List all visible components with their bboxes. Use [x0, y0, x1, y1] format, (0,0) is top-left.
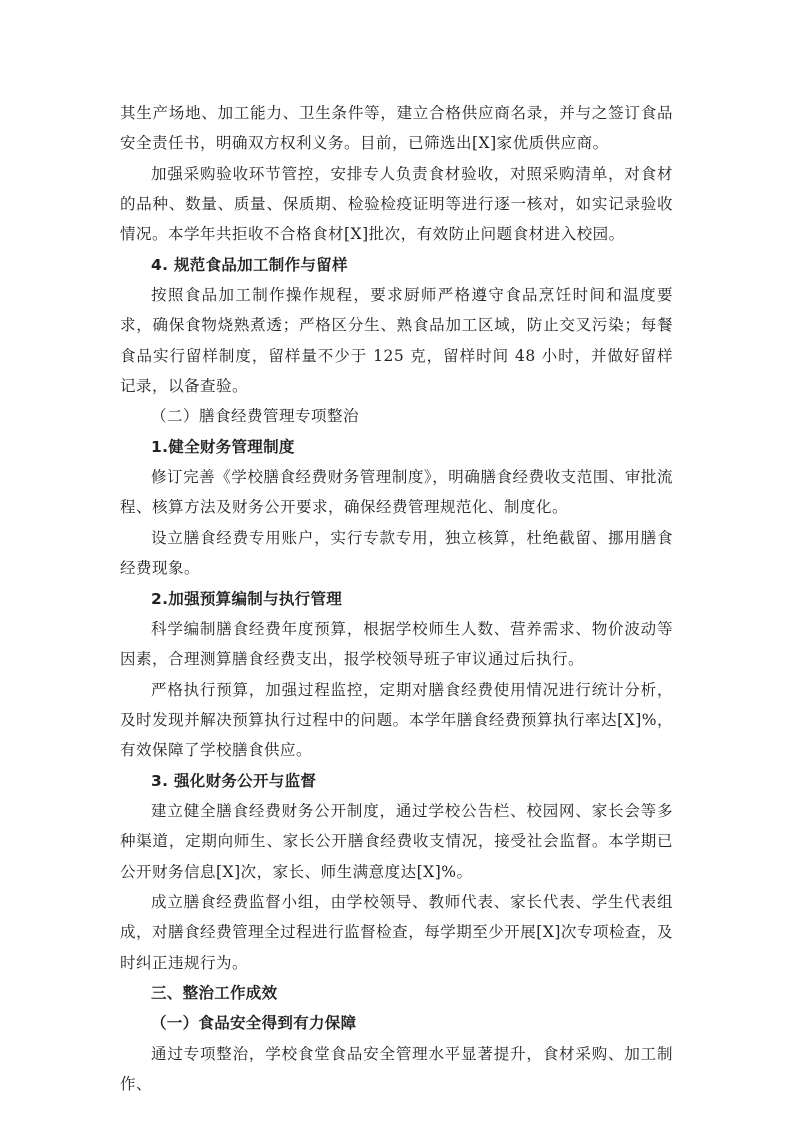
paragraph-supplier-list: 其生产场地、加工能力、卫生条件等，建立合格供应商名录，并与之签订食品安全责任书，… [120, 98, 673, 159]
heading-financial-system: 1.健全财务管理制度 [120, 432, 673, 462]
paragraph-budget-execution: 严格执行预算，加强过程监控，定期对膳食经费使用情况进行统计分析，及时发现并解决预… [120, 675, 673, 766]
heading-financial-disclosure: 3. 强化财务公开与监督 [120, 766, 673, 796]
paragraph-supervision-group: 成立膳食经费监督小组，由学校领导、教师代表、家长代表、学生代表组成，对膳食经费管… [120, 887, 673, 978]
document-page: 其生产场地、加工能力、卫生条件等，建立合格供应商名录，并与之签订食品安全责任书，… [120, 98, 673, 1099]
paragraph-food-safety-results: 通过专项整治，学校食堂食品安全管理水平显著提升，食材采购、加工制作、 [120, 1039, 673, 1100]
paragraph-food-processing: 按照食品加工制作操作规程，要求厨师严格遵守食品烹饪时间和温度要求，确保食物烧熟煮… [120, 280, 673, 401]
subheading-meal-funds-rectification: （二）膳食经费管理专项整治 [120, 401, 673, 431]
heading-food-safety-guaranteed: （一）食品安全得到有力保障 [120, 1008, 673, 1038]
paragraph-acceptance-inspection: 加强采购验收环节管控，安排专人负责食材验收，对照采购清单，对食材的品种、数量、质… [120, 159, 673, 250]
paragraph-budget-compilation: 科学编制膳食经费年度预算，根据学校师生人数、营养需求、物价波动等因素，合理测算膳… [120, 614, 673, 675]
paragraph-dedicated-account: 设立膳食经费专用账户，实行专款专用，独立核算，杜绝截留、挪用膳食经费现象。 [120, 523, 673, 584]
heading-rectification-results: 三、整治工作成效 [120, 978, 673, 1008]
heading-budget-management: 2.加强预算编制与执行管理 [120, 584, 673, 614]
heading-food-processing-sampling: 4. 规范食品加工制作与留样 [120, 250, 673, 280]
paragraph-revise-system: 修订完善《学校膳食经费财务管理制度》，明确膳食经费收支范围、审批流程、核算方法及… [120, 462, 673, 523]
paragraph-disclosure-system: 建立健全膳食经费财务公开制度，通过学校公告栏、校园网、家长会等多种渠道，定期向师… [120, 796, 673, 887]
